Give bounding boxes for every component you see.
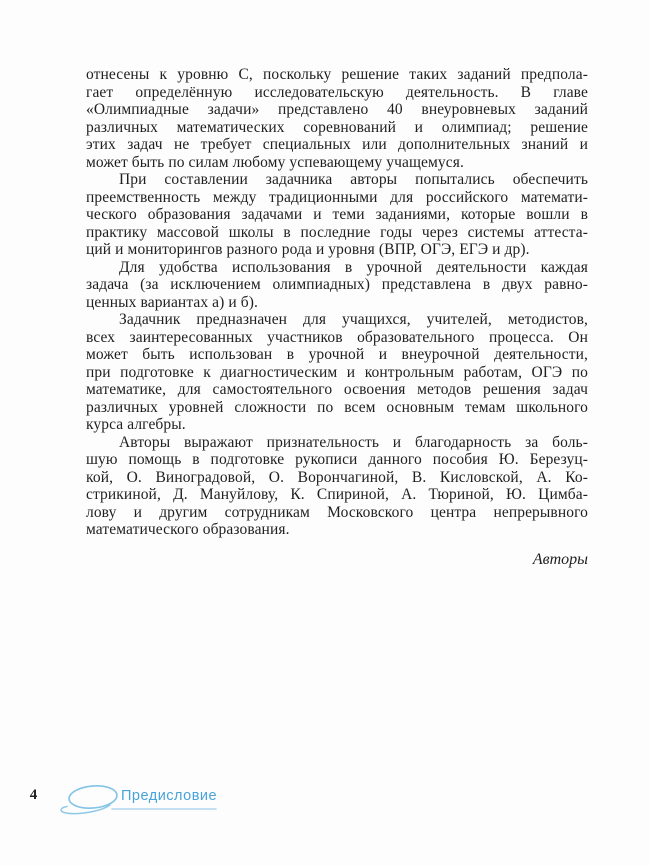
text-line: различных математических соревнований и … <box>86 119 588 137</box>
text-line: может быть использован в урочной и внеур… <box>86 346 588 364</box>
chapter-label: Предисловие <box>121 788 217 804</box>
text-line: задача (за исключением олимпиадных) пред… <box>86 276 588 294</box>
text-line: шую помощь в подготовке рукописи данного… <box>86 451 588 469</box>
paragraph: Авторы выражают признательность и благод… <box>86 434 588 539</box>
text-line: гает определённую исследовательскую деят… <box>86 84 588 102</box>
paragraph: При составлении задачника авторы попытал… <box>86 171 588 259</box>
text-line: «Олимпиадные задачи» представлено 40 вне… <box>86 101 588 119</box>
text-line: математического образования. <box>86 521 588 539</box>
text-line: практику массовой школы в последние годы… <box>86 224 588 242</box>
text-line: всех заинтересованных участников образов… <box>86 329 588 347</box>
text-line: Задачник предназначен для учащихся, учит… <box>86 311 588 329</box>
text-line: может быть по силам любому успевающему у… <box>86 154 588 172</box>
text-line: отнесены к уровню С, поскольку решение т… <box>86 66 588 84</box>
text-line: математике, для самостоятельного освоени… <box>86 381 588 399</box>
paragraph: Для удобства использования в урочной дея… <box>86 259 588 312</box>
text-line: ческого образования задачами и теми зада… <box>86 206 588 224</box>
text-line: этих задач не требует специальных или до… <box>86 136 588 154</box>
preface-text: отнесены к уровню С, поскольку решение т… <box>86 66 588 539</box>
text-line: различных уровней сложности по всем осно… <box>86 399 588 417</box>
text-line: При составлении задачника авторы попытал… <box>86 171 588 189</box>
book-page: отнесены к уровню С, поскольку решение т… <box>0 0 650 865</box>
text-line: Для удобства использования в урочной дея… <box>86 259 588 277</box>
signature-authors: Авторы <box>86 551 588 569</box>
text-line: стрикиной, Д. Мануйлову, К. Спириной, А.… <box>86 486 588 504</box>
text-line: лову и другим сотрудникам Московского це… <box>86 504 588 522</box>
text-line: Авторы выражают признательность и благод… <box>86 434 588 452</box>
paragraph: Задачник предназначен для учащихся, учит… <box>86 311 588 434</box>
text-line: при подготовке к диагностическим и контр… <box>86 364 588 382</box>
paragraph: отнесены к уровню С, поскольку решение т… <box>86 66 588 171</box>
text-line: преемственность между традиционными для … <box>86 189 588 207</box>
text-line: курса алгебры. <box>86 416 588 434</box>
page-footer: 4 Предисловие <box>0 775 650 830</box>
text-line: ценных вариантах а) и б). <box>86 294 588 312</box>
text-line: кой, О. Виноградовой, О. Ворончагиной, В… <box>86 469 588 487</box>
page-number: 4 <box>18 787 49 804</box>
text-line: ций и мониторингов разного рода и уровня… <box>86 241 588 259</box>
